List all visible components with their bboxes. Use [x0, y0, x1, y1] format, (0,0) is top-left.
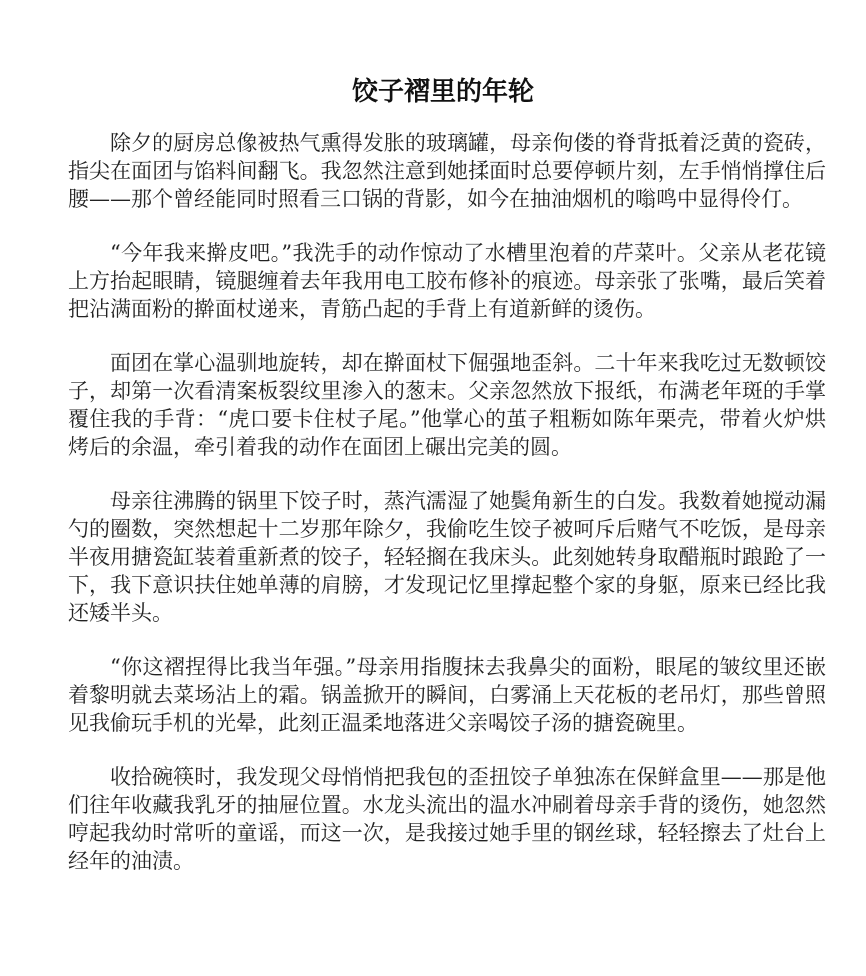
paragraph-2: “今年我来擀皮吧。”我洗手的动作惊动了水槽里泡着的芹菜叶。父亲从老花镜上方抬起眼… — [68, 239, 826, 323]
paragraph-5: “你这褶捏得比我当年强。”母亲用指腹抹去我鼻尖的面粉，眼尾的皱纹里还嵌着黎明就去… — [68, 653, 826, 737]
paragraph-1: 除夕的厨房总像被热气熏得发胀的玻璃罐，母亲佝偻的脊背抵着泛黄的瓷砖，指尖在面团与… — [68, 129, 826, 213]
paragraph-3: 面团在掌心温驯地旋转，却在擀面杖下倔强地歪斜。二十年来我吃过无数顿饺子，却第一次… — [68, 349, 826, 461]
paragraph-4: 母亲往沸腾的锅里下饺子时，蒸汽濡湿了她鬓角新生的白发。我数着她搅动漏勺的圈数，突… — [68, 487, 826, 627]
document-page: 饺子褶里的年轮 除夕的厨房总像被热气熏得发胀的玻璃罐，母亲佝偻的脊背抵着泛黄的瓷… — [0, 0, 866, 976]
document-body: 除夕的厨房总像被热气熏得发胀的玻璃罐，母亲佝偻的脊背抵着泛黄的瓷砖，指尖在面团与… — [68, 129, 826, 901]
document-title: 饺子褶里的年轮 — [0, 72, 866, 112]
paragraph-6: 收拾碗筷时，我发现父母悄悄把我包的歪扭饺子单独冻在保鲜盒里——那是他们往年收藏我… — [68, 763, 826, 875]
